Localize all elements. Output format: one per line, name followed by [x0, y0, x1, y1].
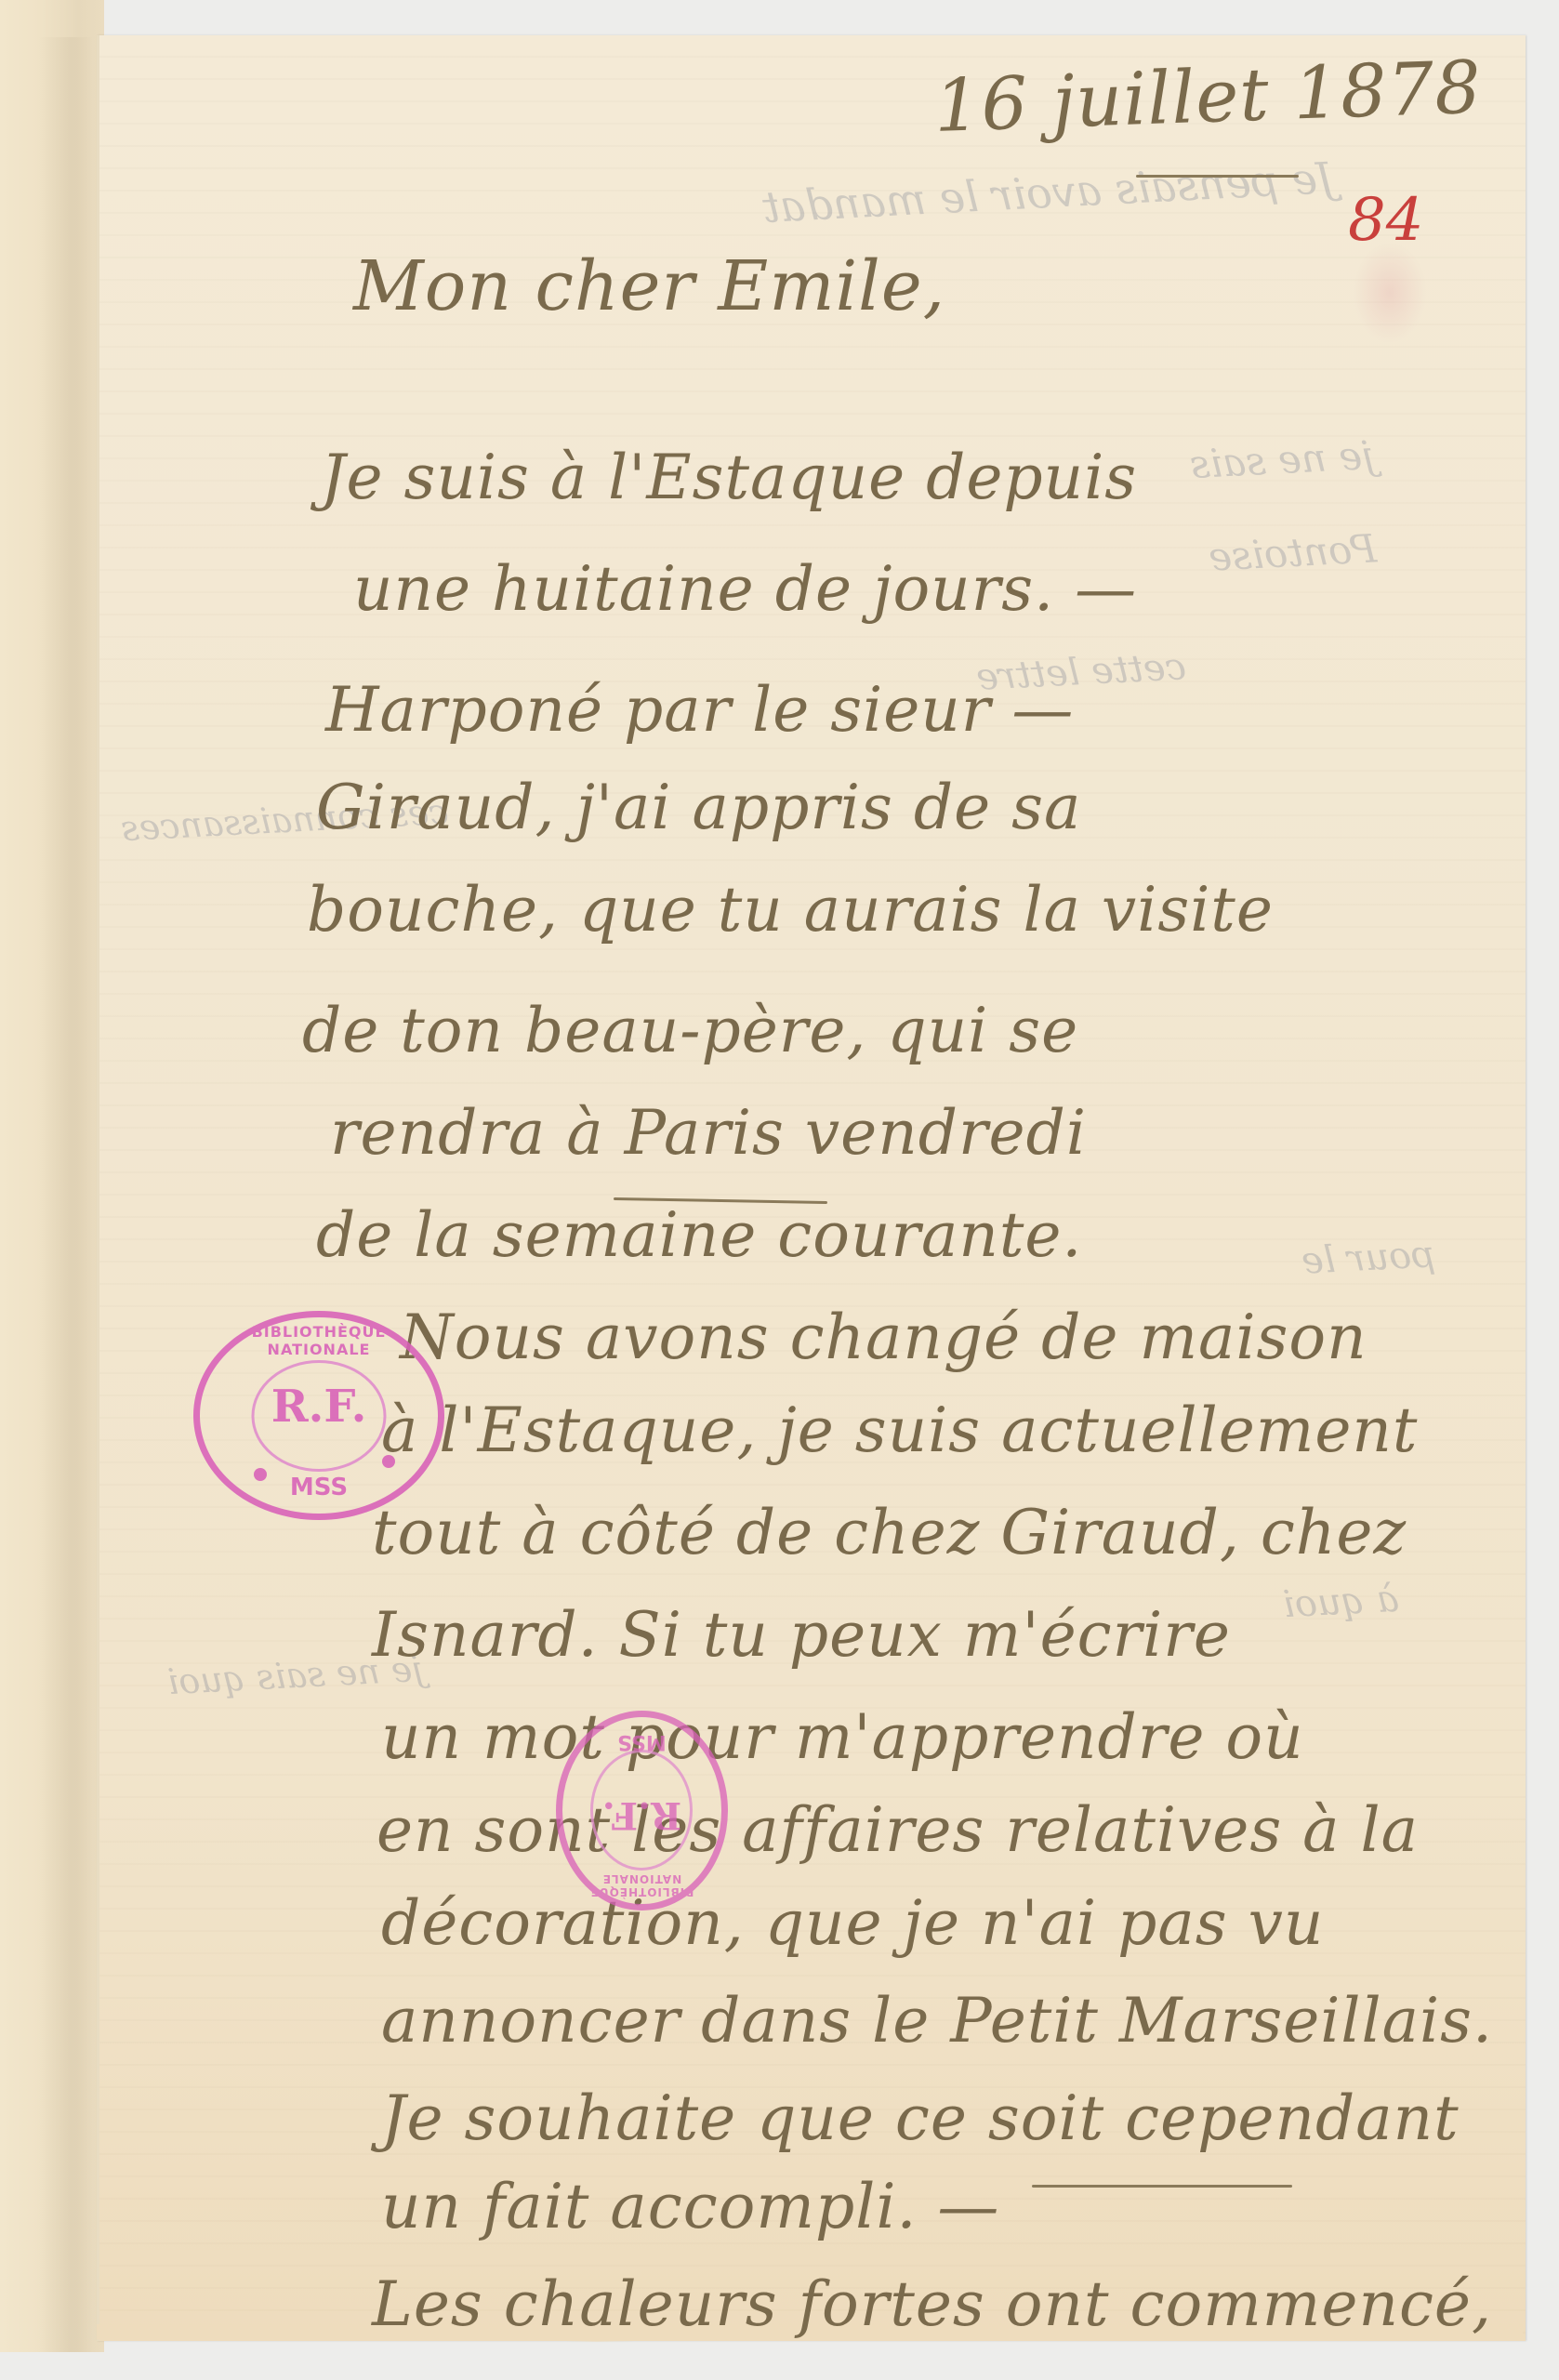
- letter-line: en sont les affaires relatives à la: [377, 1794, 1419, 1866]
- letter-line: rendra à Paris vendredi: [330, 1097, 1087, 1169]
- stamp-center-text: R.F.: [200, 1381, 438, 1433]
- letter-line: tout à côté de chez Giraud, chez: [372, 1497, 1407, 1568]
- letter-line: Je suis à l'Estaque depuis: [321, 442, 1137, 513]
- stamp-ring-text: BIBLIOTHÈQUE NATIONALE: [200, 1323, 438, 1358]
- stamp-dot: [382, 1455, 395, 1468]
- letter-scan: Je pensais avoir le mandat je ne sais Po…: [0, 0, 1559, 2380]
- letter-line: décoration, que je n'ai pas vu: [381, 1887, 1324, 1959]
- letter-line: à l'Estaque, je suis actuellement: [381, 1395, 1418, 1466]
- date-underline: [1136, 175, 1299, 178]
- stamp-center-text: R.F.: [562, 1793, 721, 1837]
- letter-line: de ton beau-père, qui se: [302, 995, 1078, 1066]
- folio-smudge: [1353, 242, 1427, 344]
- letter-line: Harponé par le sieur —: [325, 674, 1074, 746]
- letter-line: de la semaine courante.: [316, 1199, 1082, 1271]
- bleed-through-text: je ne sais: [1189, 432, 1375, 487]
- letter-line: un mot pour m'apprendre où: [381, 1701, 1304, 1773]
- letter-line: Les chaleurs fortes ont commencé,: [372, 2268, 1492, 2340]
- letter-line: Giraud, j'ai appris de sa: [316, 772, 1081, 843]
- letter-salutation: Mon cher Emile,: [353, 246, 945, 326]
- bleed-through-text: Pontoise: [1208, 525, 1378, 579]
- stamp-ring-text: BIBLIOTHÈQUE NATIONALE: [562, 1872, 721, 1898]
- letter-line: Isnard. Si tu peux m'écrire: [372, 1599, 1231, 1671]
- library-stamp: BIBLIOTHÈQUE NATIONALE R.F. MSS: [193, 1311, 444, 1520]
- letter-line: Je souhaite que ce soit cependant: [381, 2082, 1460, 2154]
- ink-stroke: [1032, 2185, 1292, 2188]
- letter-line: annoncer dans le Petit Marseillais.: [381, 1985, 1493, 2056]
- binding-shadow: [37, 37, 93, 2352]
- letter-line: un fait accompli. —: [381, 2171, 999, 2242]
- letter-line: bouche, que tu aurais la visite: [307, 874, 1274, 945]
- library-stamp: BIBLIOTHÈQUE NATIONALE R.F. MSS: [556, 1711, 728, 1911]
- folio-number: 84: [1348, 186, 1423, 255]
- stamp-bottom-text: MSS: [200, 1474, 438, 1501]
- bleed-through-text: pour le: [1301, 1233, 1436, 1282]
- stamp-bottom-text: MSS: [562, 1730, 721, 1753]
- bleed-through-text: à quoi: [1282, 1578, 1400, 1626]
- letter-line: Nous avons changé de maison: [400, 1302, 1367, 1373]
- letter-line: une huitaine de jours. —: [353, 553, 1137, 625]
